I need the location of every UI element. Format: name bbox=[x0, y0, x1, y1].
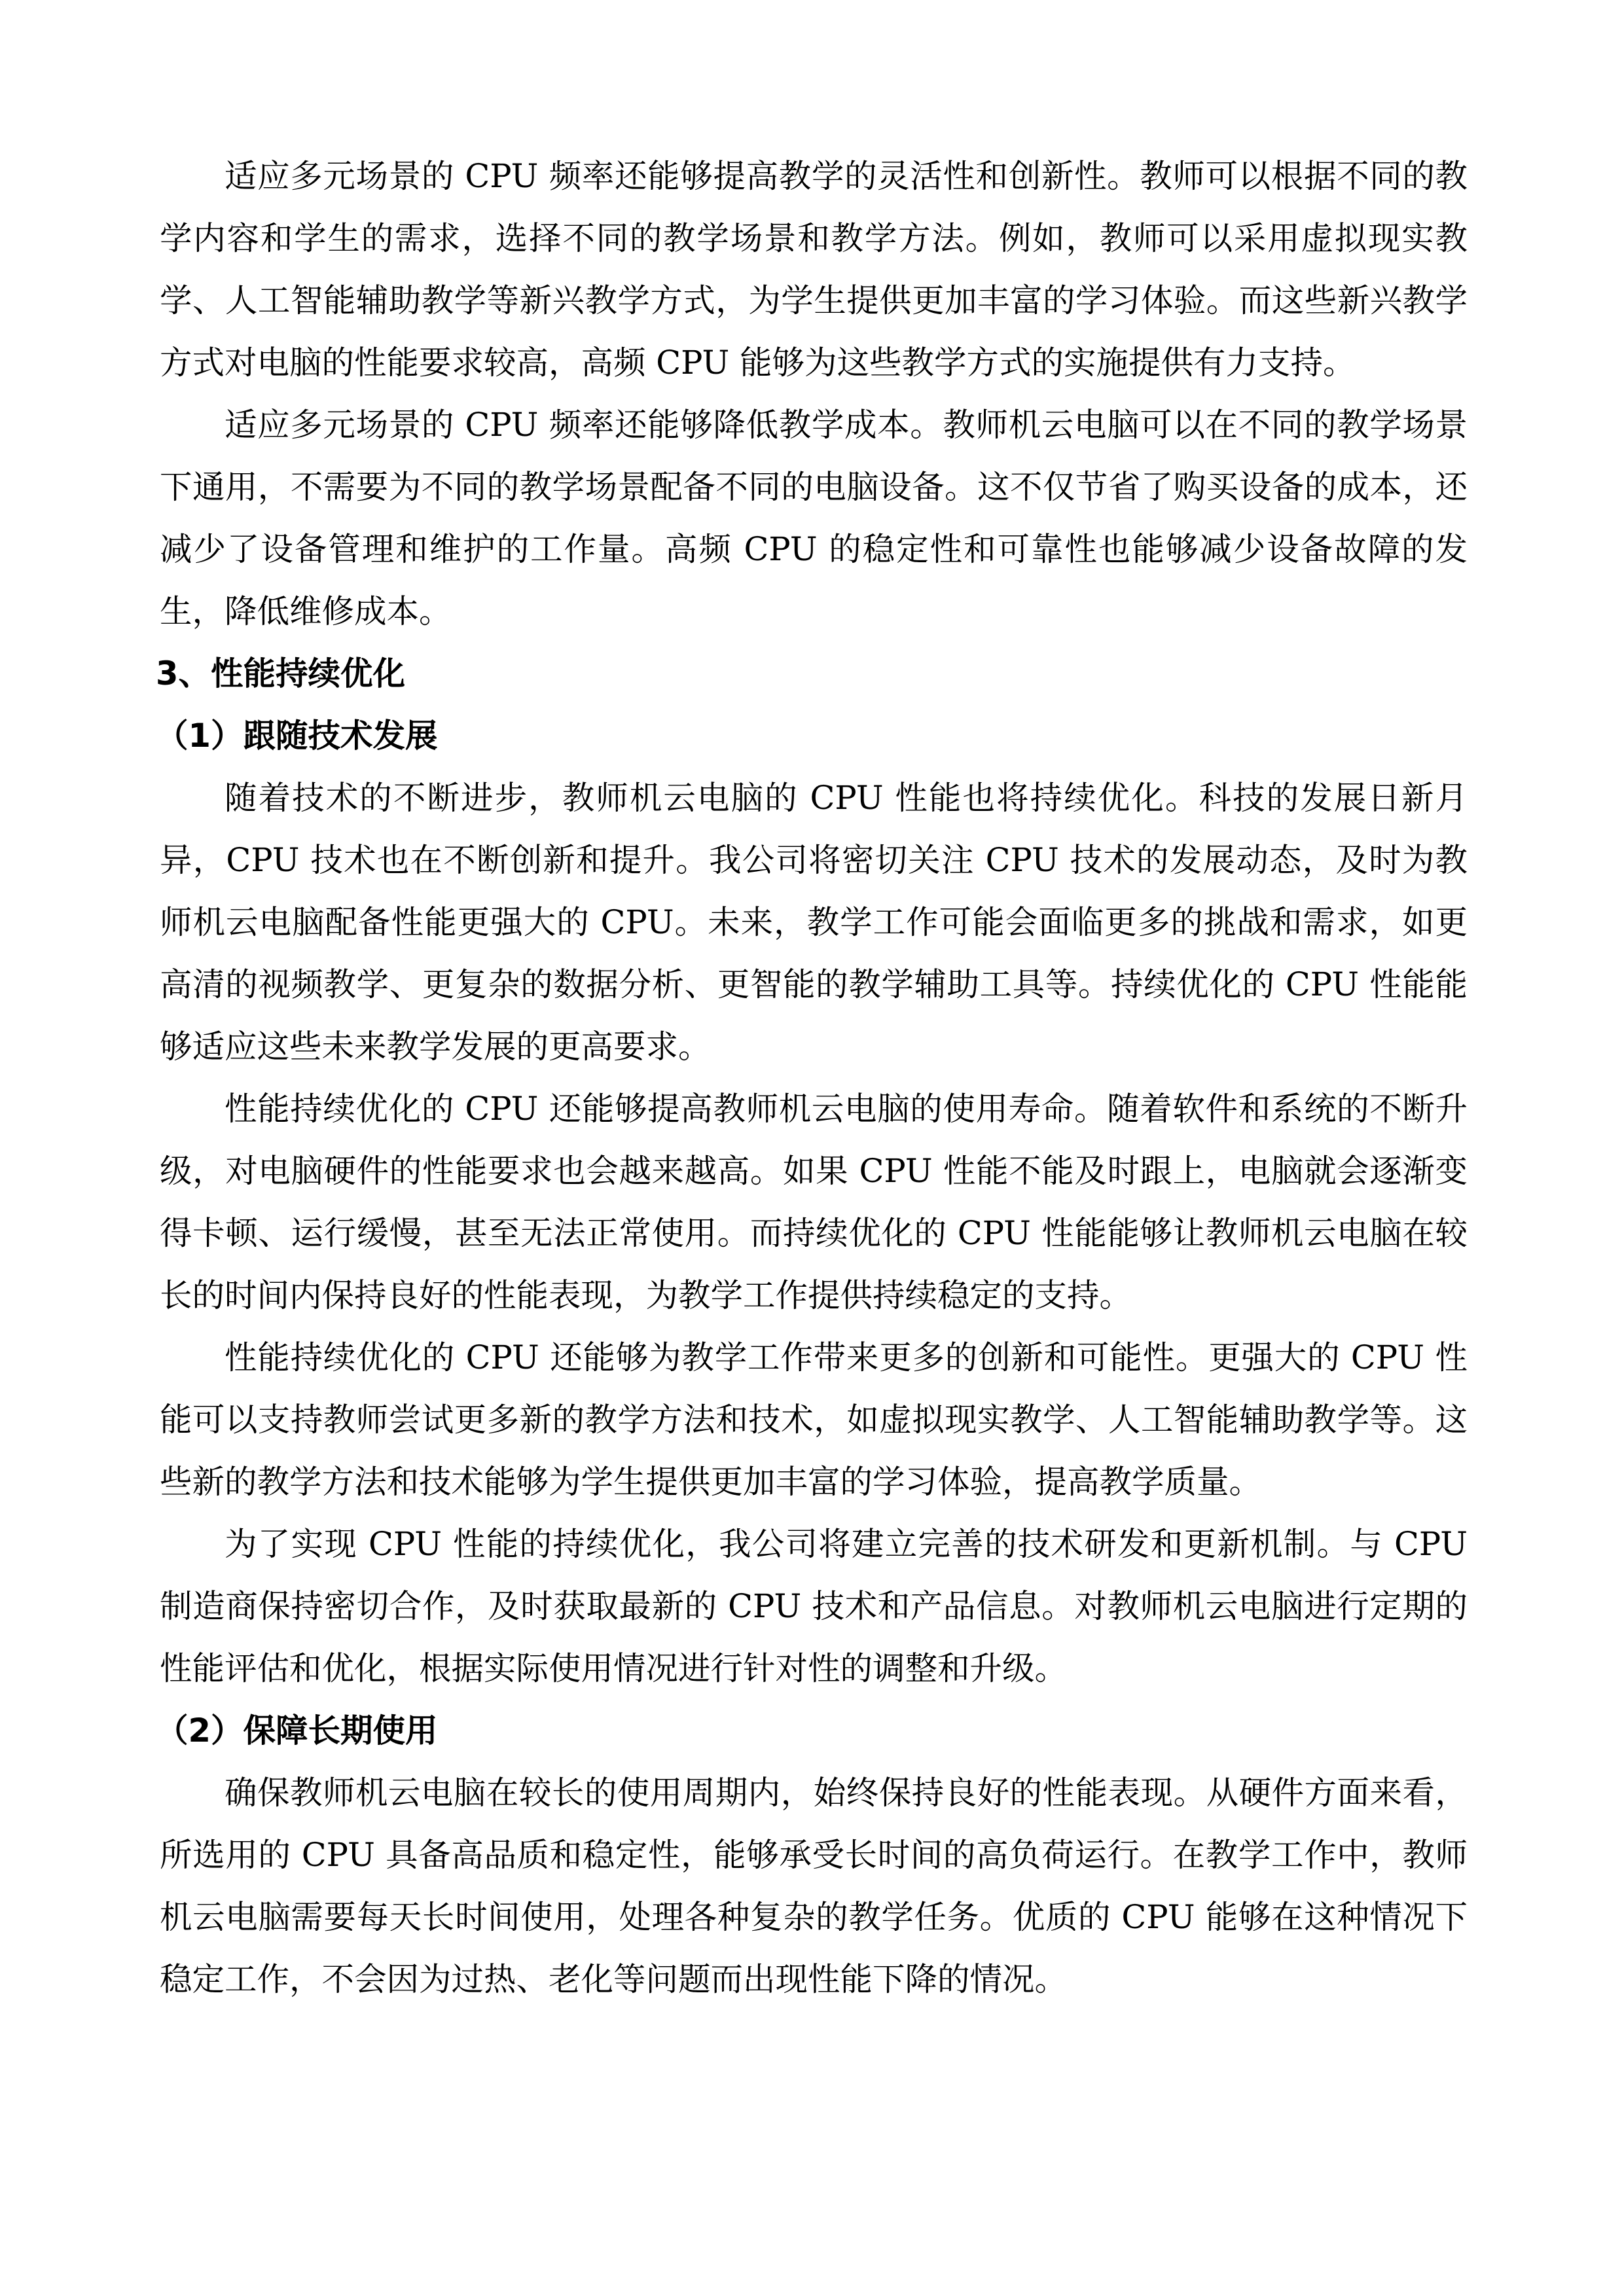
paragraph-flexibility: 适应多元场景的 CPU 频率还能够提高教学的灵活性和创新性。教师可以根据不同的教… bbox=[160, 145, 1468, 394]
subsection-heading-long-term-use: （2）保障长期使用 bbox=[156, 1700, 1468, 1762]
paragraph-tech-progress: 随着技术的不断进步，教师机云电脑的 CPU 性能也将持续优化。科技的发展日新月异… bbox=[160, 767, 1468, 1078]
paragraph-innovation: 性能持续优化的 CPU 还能够为教学工作带来更多的创新和可能性。更强大的 CPU… bbox=[160, 1327, 1468, 1513]
paragraph-rd-mechanism: 为了实现 CPU 性能的持续优化，我公司将建立完善的技术研发和更新机制。与 CP… bbox=[160, 1513, 1468, 1700]
section-heading-performance-optimization: 3、性能持续优化 bbox=[156, 643, 1468, 705]
paragraph-lifespan: 性能持续优化的 CPU 还能够提高教师机云电脑的使用寿命。随着软件和系统的不断升… bbox=[160, 1078, 1468, 1327]
document-page: 适应多元场景的 CPU 频率还能够提高教学的灵活性和创新性。教师可以根据不同的教… bbox=[160, 145, 1468, 2011]
paragraph-cost-reduction: 适应多元场景的 CPU 频率还能够降低教学成本。教师机云电脑可以在不同的教学场景… bbox=[160, 394, 1468, 643]
subsection-heading-follow-tech: （1）跟随技术发展 bbox=[156, 705, 1468, 767]
paragraph-hardware-stability: 确保教师机云电脑在较长的使用周期内，始终保持良好的性能表现。从硬件方面来看，所选… bbox=[160, 1762, 1468, 2011]
